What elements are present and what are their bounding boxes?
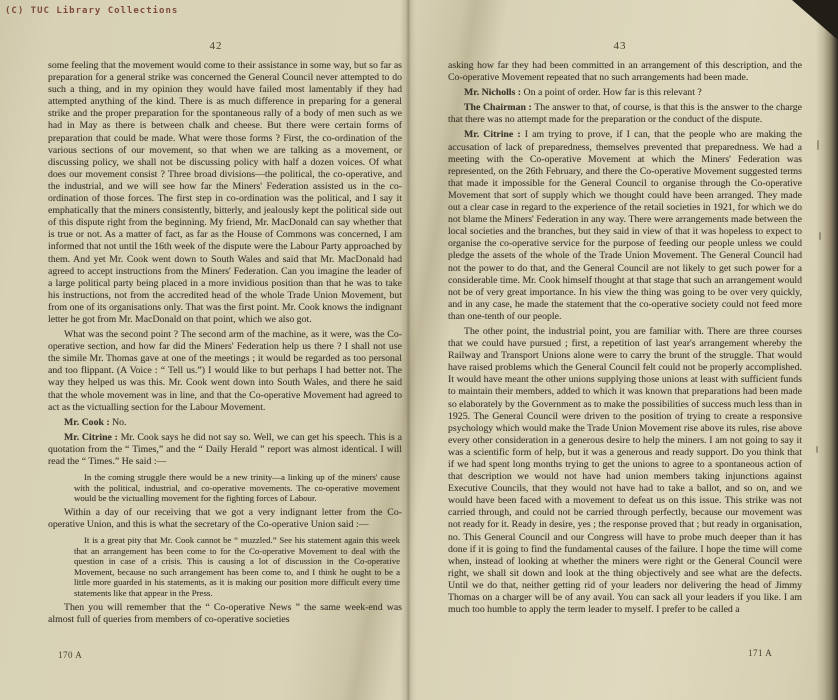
- speaker-name: Mr. Citrine :: [464, 129, 525, 140]
- page-number-right: 43: [600, 40, 640, 52]
- signature-mark-left: 170 A: [58, 650, 82, 660]
- speaker-name: Mr. Citrine :: [64, 432, 121, 443]
- page-number-left: 42: [196, 40, 236, 52]
- paragraph: Mr. Cook : No.: [48, 417, 402, 429]
- speaker-name: The Chairman :: [464, 102, 534, 113]
- paragraph: Then you will remember that the “ Co-ope…: [48, 602, 402, 626]
- copyright-watermark: (C) TUC Library Collections: [5, 6, 178, 16]
- binding-crease: [400, 0, 416, 700]
- paragraph: The other point, the industrial point, y…: [448, 326, 802, 616]
- paragraph: Mr. Citrine : Mr. Cook says he did not s…: [48, 432, 402, 468]
- page-edge-shadow: [816, 0, 838, 700]
- paragraph: Mr. Nicholls : On a point of order. How …: [448, 87, 802, 99]
- scan-speck: [816, 446, 818, 453]
- quoted-extract: It is a great pity that Mr. Cook cannot …: [74, 535, 400, 599]
- paragraph: Mr. Citrine : I am trying to prove, if I…: [448, 129, 802, 323]
- speaker-name: Mr. Cook :: [64, 417, 112, 428]
- quoted-extract: In the coming struggle there would be a …: [74, 472, 400, 504]
- signature-mark-right: 171 A: [748, 648, 772, 658]
- paragraph: some feeling that the movement would com…: [48, 60, 402, 326]
- speaker-name: Mr. Nicholls :: [464, 87, 524, 98]
- scanned-book-spread: (C) TUC Library Collections 42 43 some f…: [0, 0, 838, 700]
- page-left-body: some feeling that the movement would com…: [48, 60, 402, 626]
- paragraph: asking how far they had been committed i…: [448, 60, 802, 84]
- paragraph: Within a day of our receiving that we go…: [48, 507, 402, 531]
- paragraph: The Chairman : The answer to that, of co…: [448, 102, 802, 126]
- scan-speck: [819, 232, 821, 240]
- scan-speck: [817, 140, 819, 150]
- paragraph: What was the second point ? The second a…: [48, 329, 402, 414]
- page-right-body: asking how far they had been committed i…: [448, 60, 802, 616]
